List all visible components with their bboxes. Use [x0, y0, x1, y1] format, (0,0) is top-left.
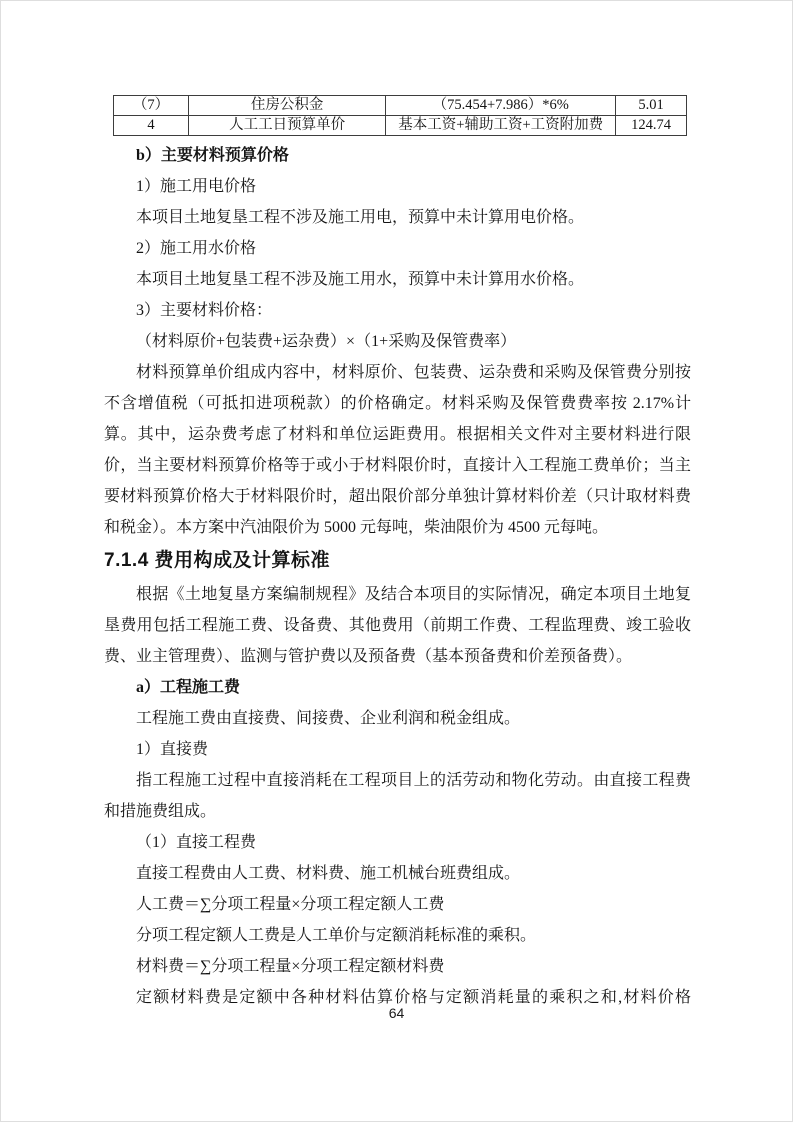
page-number: 64	[1, 1005, 792, 1021]
item-1-electricity-price: 1）施工用电价格	[104, 171, 691, 202]
heading-a-construction-cost: a）工程施工费	[104, 672, 691, 703]
section-heading-7-1-4: 7.1.4 费用构成及计算标准	[104, 543, 691, 579]
table-row: （7） 住房公积金 （75.454+7.986）*6% 5.01	[114, 96, 687, 116]
item-1-direct-cost: 1）直接费	[104, 734, 691, 765]
budget-table: （7） 住房公积金 （75.454+7.986）*6% 5.01 4 人工工日预…	[113, 95, 687, 136]
formula-material-price: （材料原价+包装费+运杂费）×（1+采购及保管费率）	[104, 326, 691, 357]
item-1-direct-engineering-cost: （1）直接工程费	[104, 827, 691, 858]
paragraph-direct-cost-def: 指工程施工过程中直接消耗在工程项目上的活劳动和物化劳动。由直接工程费和措施费组成…	[104, 765, 691, 827]
document-page: （7） 住房公积金 （75.454+7.986）*6% 5.01 4 人工工日预…	[0, 0, 793, 1122]
item-3-main-material-price: 3）主要材料价格：	[104, 295, 691, 326]
table-cell-value: 124.74	[616, 116, 687, 136]
paragraph-direct-engineering: 直接工程费由人工费、材料费、施工机械台班费组成。	[104, 858, 691, 889]
formula-material-cost: 材料费＝∑分项工程量×分项工程定额材料费	[104, 951, 691, 982]
paragraph-construction-cost: 工程施工费由直接费、间接费、企业利润和税金组成。	[104, 703, 691, 734]
document-body: b）主要材料预算价格 1）施工用电价格 本项目土地复垦工程不涉及施工用电，预算中…	[104, 140, 691, 1013]
paragraph-labor-quota: 分项工程定额人工费是人工单价与定额消耗标准的乘积。	[104, 920, 691, 951]
heading-b-material-budget-price: b）主要材料预算价格	[104, 140, 691, 171]
paragraph-cost-composition: 根据《土地复垦方案编制规程》及结合本项目的实际情况，确定本项目土地复垦费用包括工…	[104, 579, 691, 672]
table-cell-no: （7）	[114, 96, 189, 116]
formula-labor-cost: 人工费＝∑分项工程量×分项工程定额人工费	[104, 889, 691, 920]
table-cell-no: 4	[114, 116, 189, 136]
table-cell-item: 住房公积金	[188, 96, 385, 116]
table-cell-formula: 基本工资+辅助工资+工资附加费	[386, 116, 616, 136]
table-cell-value: 5.01	[616, 96, 687, 116]
paragraph-water-note: 本项目土地复垦工程不涉及施工用水，预算中未计算用水价格。	[104, 264, 691, 295]
table-row: 4 人工工日预算单价 基本工资+辅助工资+工资附加费 124.74	[114, 116, 687, 136]
table-cell-item: 人工工日预算单价	[188, 116, 385, 136]
paragraph-material-unit-price: 材料预算单价组成内容中，材料原价、包装费、运杂费和采购及保管费分别按不含增值税（…	[104, 357, 691, 543]
item-2-water-price: 2）施工用水价格	[104, 233, 691, 264]
table-cell-formula: （75.454+7.986）*6%	[386, 96, 616, 116]
paragraph-electricity-note: 本项目土地复垦工程不涉及施工用电，预算中未计算用电价格。	[104, 202, 691, 233]
